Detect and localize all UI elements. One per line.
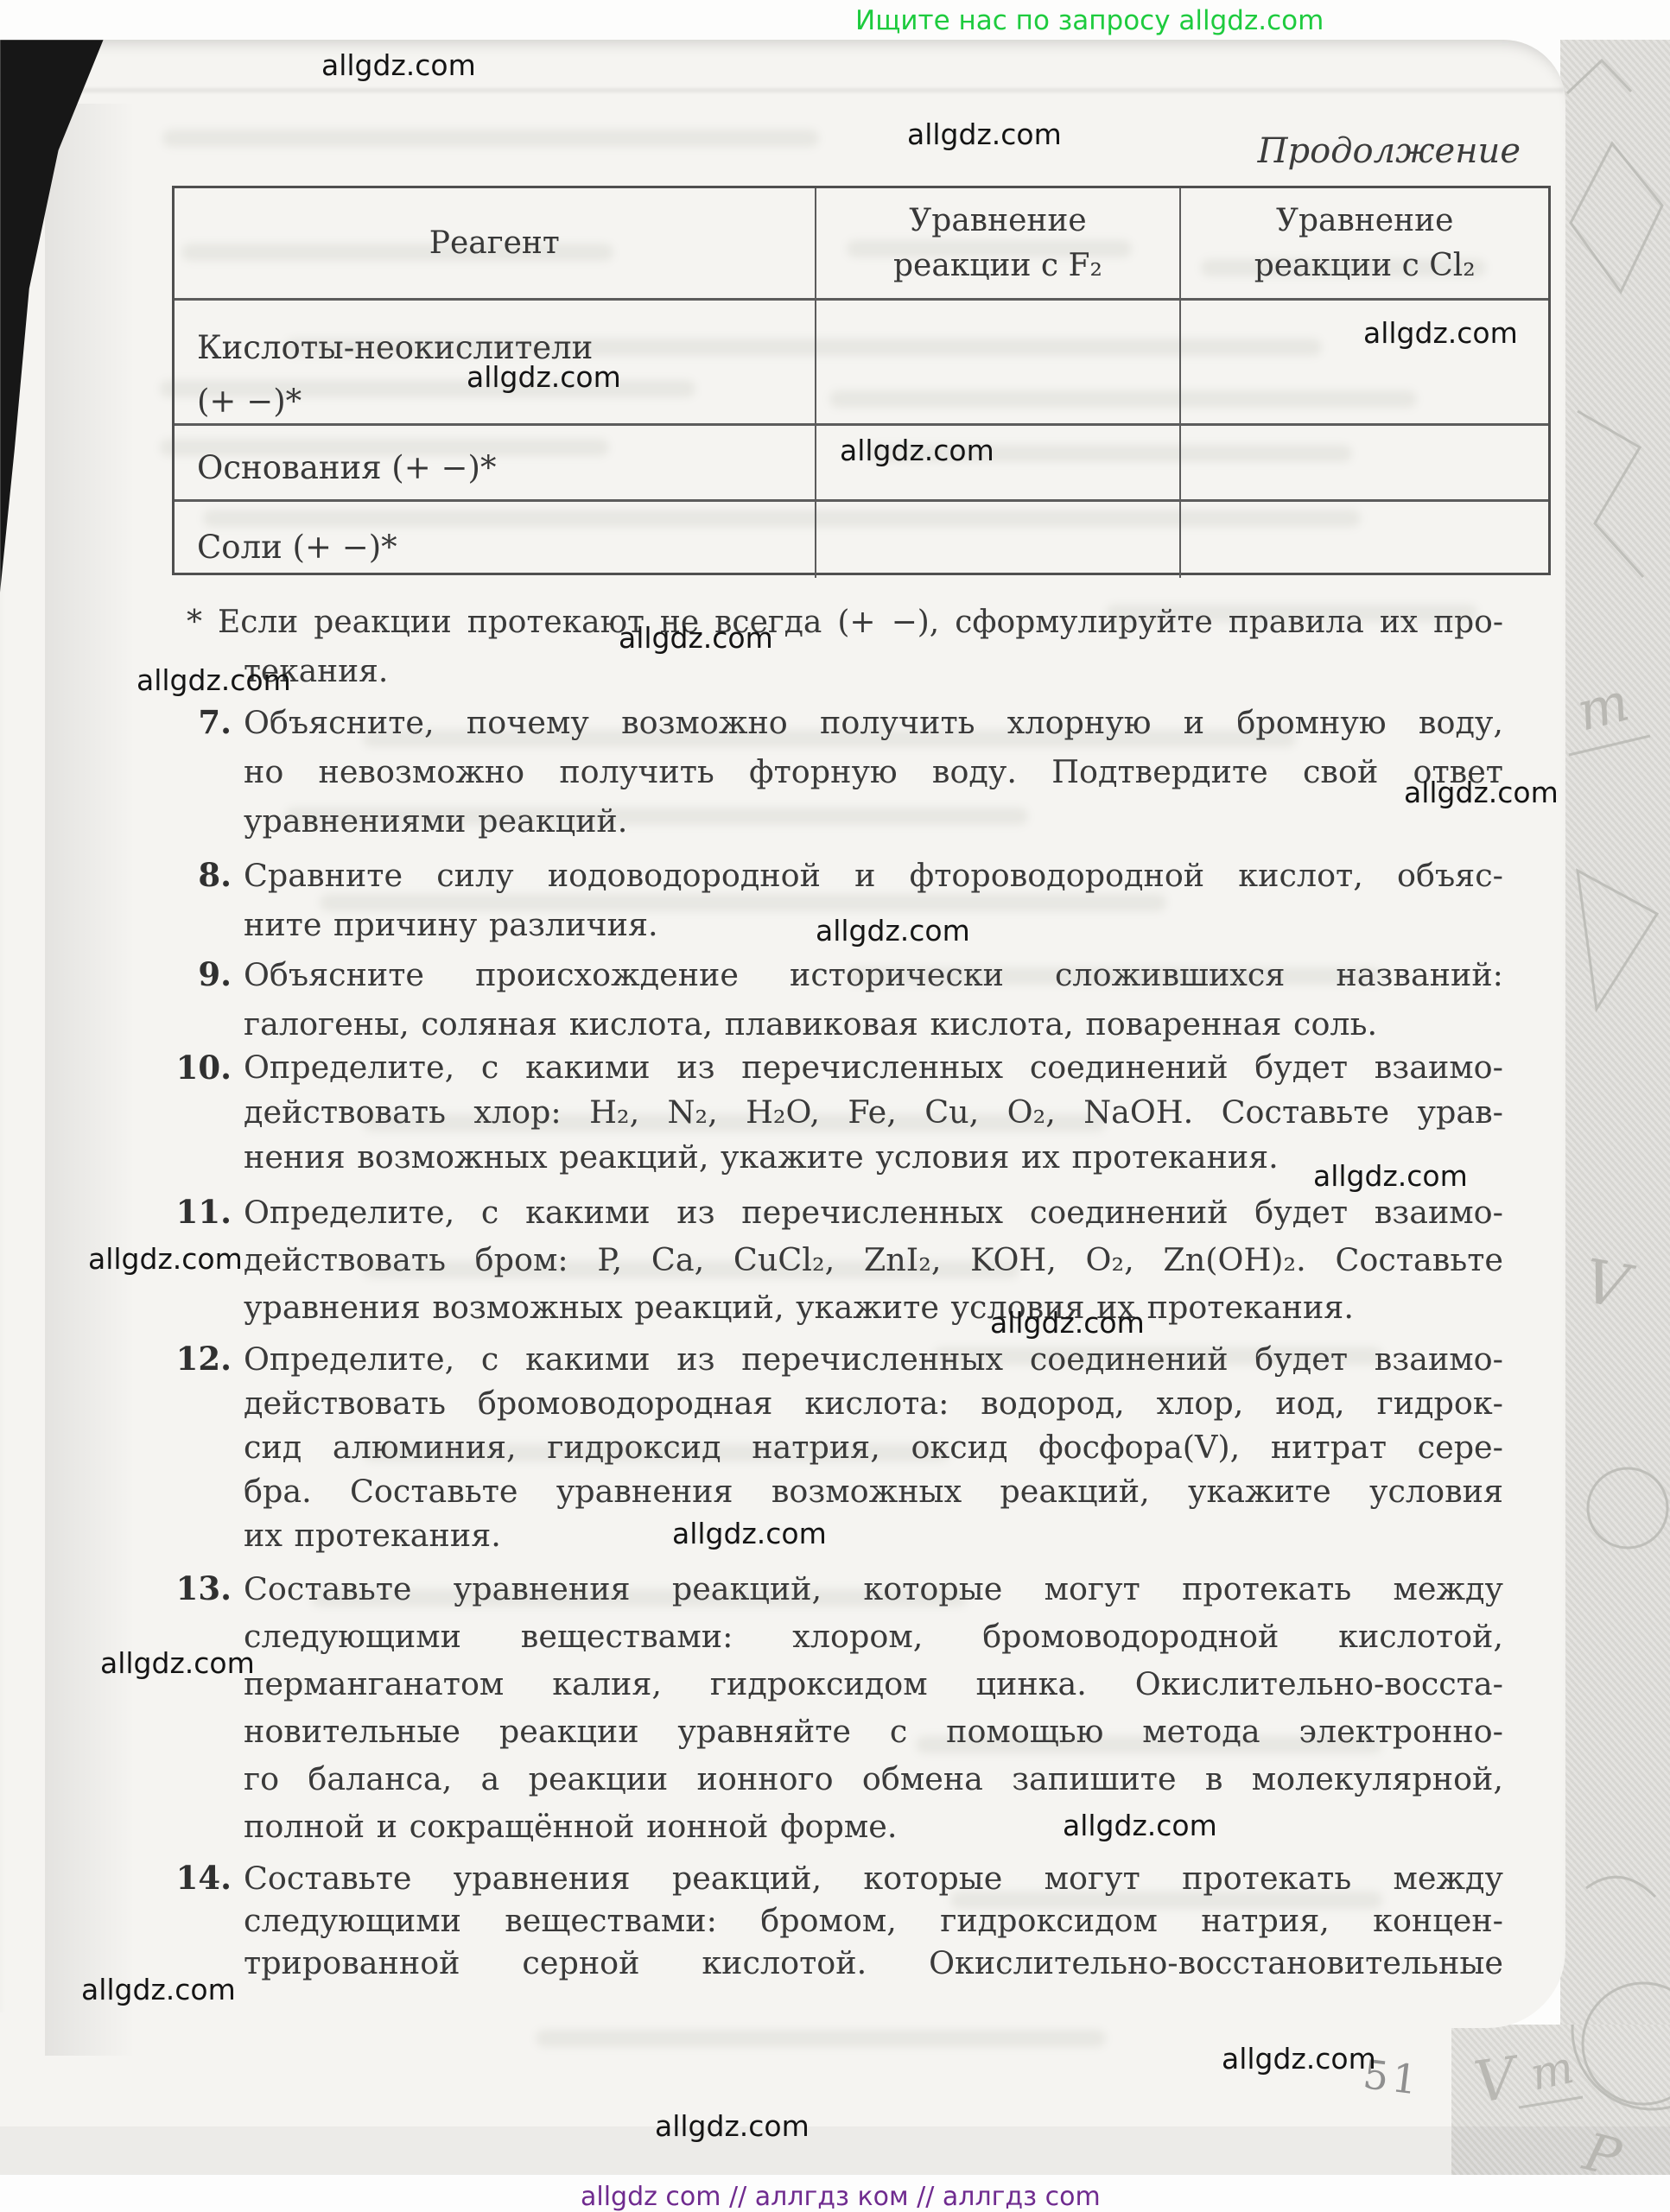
page-bottom-shadow: [0, 2126, 1670, 2175]
table-header-reagent: Реагент: [175, 188, 816, 301]
question-11: 11.Определите, с какими из перечисленных…: [244, 1188, 1503, 1331]
page-spine-shadow: [45, 104, 157, 2056]
watermark: allgdz.com: [1063, 1809, 1217, 1842]
doodle-letter-m: m: [1571, 669, 1635, 743]
watermark: allgdz.com: [88, 1242, 243, 1276]
footnote-line: текания.: [244, 647, 1503, 696]
question-number: 13.: [171, 1565, 232, 1613]
question-line: Определите, с какими из перечисленных со…: [244, 1188, 1503, 1236]
question-line: Составьте уравнения реакций, которые мог…: [244, 1565, 1503, 1613]
question-7: 7.Объясните, почему возможно получить хл…: [244, 698, 1503, 846]
question-line: действовать бром: P, Ca, CuCl₂, ZnI₂, KO…: [244, 1236, 1503, 1283]
watermark: allgdz.com: [816, 914, 970, 948]
table-cell-empty: [816, 301, 1182, 426]
promo-footer: allgdz com // аллгдз ком // аллгдз com: [581, 2182, 1101, 2212]
question-line: сид алюминия, гидроксид натрия, оксид фо…: [244, 1425, 1503, 1469]
watermark: allgdz.com: [619, 621, 773, 655]
question-line: но невозможно получить фторную воду. Под…: [244, 747, 1503, 796]
watermark: allgdz.com: [81, 1973, 236, 2006]
watermark: allgdz.com: [907, 117, 1062, 151]
watermark: allgdz.com: [321, 48, 476, 82]
question-line: полной и сокращённой ионной форме.: [244, 1803, 1503, 1850]
table-cell-empty: [1181, 426, 1548, 502]
watermark: allgdz.com: [840, 434, 994, 467]
doodle-letter-m2: m: [1526, 2042, 1578, 2101]
doodle-letter-v2: V: [1470, 2044, 1526, 2116]
question-line: действовать хлор: H₂, N₂, H₂O, Fe, Cu, O…: [244, 1090, 1503, 1135]
table-header-f2: Уравнение реакции с F₂: [816, 188, 1182, 301]
table-row-salts: Соли (+ −)*: [175, 502, 816, 578]
background-doodles-corner: V m P: [1451, 2025, 1670, 2177]
question-number: 8.: [171, 851, 232, 900]
question-line: перманганатом калия, гидроксидом цинка. …: [244, 1660, 1503, 1708]
bleed-through-mark: [162, 130, 819, 147]
question-line: их протекания.: [244, 1513, 1503, 1557]
question-line: бра. Составьте уравнения возможных реакц…: [244, 1469, 1503, 1513]
question-line: новительные реакции уравняйте с помощью …: [244, 1708, 1503, 1755]
table-cell-empty: [1181, 502, 1548, 578]
table-row-bases: Основания (+ −)*: [175, 426, 816, 502]
watermark: allgdz.com: [1404, 776, 1559, 809]
footnote-line: * Если реакции протекают не всегда (+ −)…: [187, 598, 1503, 647]
table-footnote: * Если реакции протекают не всегда (+ −)…: [187, 598, 1503, 696]
question-number: 10.: [171, 1045, 232, 1090]
question-line: го баланса, а реакции ионного обмена зап…: [244, 1755, 1503, 1803]
watermark: allgdz.com: [990, 1306, 1145, 1340]
reagents-table: Реагент Уравнение реакции с F₂ Уравнение…: [172, 186, 1551, 575]
watermark: allgdz.com: [467, 360, 621, 394]
watermark: allgdz.com: [655, 2109, 810, 2143]
question-number: 11.: [171, 1188, 232, 1236]
table-cell-empty: [816, 502, 1182, 578]
question-14: 14.Составьте уравнения реакций, которые …: [244, 1857, 1503, 1984]
background-doodles: m V: [1560, 40, 1670, 2173]
watermark: allgdz.com: [1222, 2042, 1376, 2076]
page-top-crease: [0, 86, 1564, 94]
doodle-letter-p: P: [1577, 2121, 1628, 2177]
question-13: 13.Составьте уравнения реакций, которые …: [244, 1565, 1503, 1850]
question-number: 7.: [171, 698, 232, 747]
table-header-cl2: Уравнение реакции с Cl₂: [1181, 188, 1548, 301]
question-number: 14.: [171, 1857, 232, 1899]
question-line: Объясните происхождение исторически слож…: [244, 950, 1503, 999]
question-line: Составьте уравнения реакций, которые мог…: [244, 1857, 1503, 1899]
question-line: следующими веществами: хлором, бромоводо…: [244, 1613, 1503, 1660]
watermark: allgdz.com: [1313, 1159, 1468, 1193]
bleed-through-mark: [536, 2030, 1106, 2047]
question-line: галогены, соляная кислота, плавиковая ки…: [244, 999, 1503, 1049]
question-number: 12.: [171, 1337, 232, 1381]
doodle-letter-v: V: [1578, 1245, 1639, 1324]
question-line: следующими веществами: бромом, гидроксид…: [244, 1899, 1503, 1942]
watermark: allgdz.com: [1363, 316, 1518, 350]
question-line: трированной серной кислотой. Окислительн…: [244, 1942, 1503, 1984]
question-number: 9.: [171, 950, 232, 999]
question-9: 9.Объясните происхождение исторически сл…: [244, 950, 1503, 1049]
watermark: allgdz.com: [137, 663, 291, 697]
question-line: Объясните, почему возможно получить хлор…: [244, 698, 1503, 747]
scanned-page-screenshot: m V V m P Ищите нас по запросу allgdz.co…: [0, 0, 1670, 2212]
question-12: 12.Определите, с какими из перечисленных…: [244, 1337, 1503, 1557]
promo-banner: Ищите нас по запросу allgdz.com: [855, 5, 1324, 36]
question-line: Определите, с какими из перечисленных со…: [244, 1337, 1503, 1381]
question-line: уравнения возможных реакций, укажите усл…: [244, 1283, 1503, 1331]
continuation-label: Продолжение: [1201, 131, 1521, 171]
watermark: allgdz.com: [100, 1646, 255, 1680]
watermark: allgdz.com: [672, 1517, 827, 1550]
question-line: действовать бромоводородная кислота: вод…: [244, 1381, 1503, 1425]
question-line: уравнениями реакций.: [244, 796, 1503, 846]
question-line: Сравните силу иодоводородной и фтороводо…: [244, 851, 1503, 900]
question-line: Определите, с какими из перечисленных со…: [244, 1045, 1503, 1090]
